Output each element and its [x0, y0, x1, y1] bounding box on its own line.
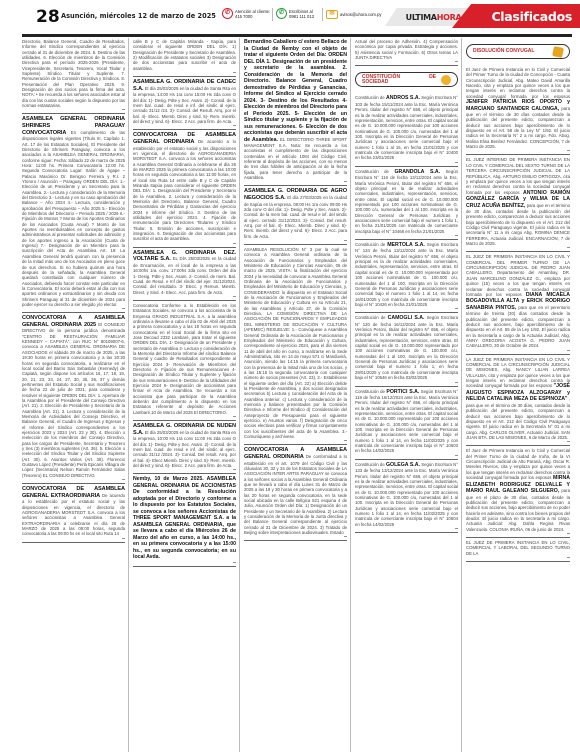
classified-ad: Asamblea G. Ordinaria De AGRO NEGOCIOS S…: [244, 187, 347, 245]
classified-ad: Convocatoria de Asamblea General Ordinar…: [133, 131, 236, 247]
ad-reference-code: ▬: [22, 537, 125, 540]
ad-reference-code: ▬: [133, 71, 236, 74]
ad-body: El día 27/03/2025 en la ciudad de Itapúa…: [244, 195, 347, 239]
classified-ad: EL JUEZ DE PRIMERA INSTANCIA EN LO CIVIL…: [466, 539, 570, 562]
ad-body: Actual del proceso de Adhesión. 4) Compe…: [355, 39, 458, 60]
ad-reference-code: ▬: [355, 527, 458, 530]
company-name: GOLEGA S.A.: [386, 462, 420, 468]
ad-body: El CONSEJO DIRECTIVO de la persona juríd…: [22, 322, 125, 478]
company-name: PORTICI S.A.: [386, 389, 419, 395]
classified-columns: Directorio, Balance General, Cuadro de R…: [22, 38, 574, 752]
classified-ad: Constitución de ANDROS S.A. Según Escrit…: [355, 94, 458, 166]
ad-body: De acuerdo a lo establecido por el estat…: [22, 493, 125, 537]
ad-reference-code: ▬: [133, 561, 236, 564]
classified-ad: calle B y C de Capitán Miranda - Itapúa,…: [133, 38, 236, 77]
classified-ad: Directorio, Balance General, Cuadro de R…: [22, 38, 125, 114]
classified-ad: Convocatoria de Asamblea General Extraor…: [22, 485, 125, 543]
classified-ad: Asamblea G. Ordinaria De CADEC S.A. El d…: [133, 78, 236, 130]
classified-ad: Constitución de GOLEGA S.A. Según Escrit…: [355, 461, 458, 533]
ad-body: El Juez de Primera Instancia en lo Civil…: [466, 67, 570, 99]
ad-body: Según Escritura N° 103 de fecha 15/11/20…: [355, 95, 458, 160]
column-2: calle B y C de Capitán Miranda - Itapúa,…: [133, 38, 240, 752]
spouse-names: JENIFER PATRICIA RIOS OPORTO y MARCIANO …: [466, 99, 570, 112]
ad-reference-code: ▬: [133, 295, 236, 298]
classified-ad: Convocatoria a Asamblea General Ordinari…: [244, 446, 347, 541]
ad-reference-code: ▬: [355, 60, 458, 63]
ad-body: ASAMBLEA RESOLUCIÓN N° 3 por la cual se …: [244, 247, 347, 439]
ad-body: EL DÍA 25/03/2025 en la ciudad de Encarn…: [133, 256, 236, 294]
classified-ad: Convocatoria a Asamblea General Ordinari…: [22, 314, 125, 484]
phone-icon: ✆: [222, 8, 233, 19]
ad-body: Según Escritura N° 120 de fecha 16/12/20…: [355, 315, 458, 380]
ad-reference-code: ▬: [355, 381, 458, 384]
ad-body: EL DIRECTORIO THREE SPORT MANAGEMENT S.A…: [244, 137, 347, 181]
classified-ad: Nemby, 10 de Marzo 2025. ASAMBLEA GENERA…: [133, 475, 236, 567]
ad-reference-code: ▬: [466, 349, 570, 352]
ad-body-tail: , para que en el término de 30 días, con…: [466, 396, 570, 440]
company-name: MERTOLA S.A.: [387, 242, 425, 248]
classified-ad: Asamblea G. Ordinaria De NUDEN S.A. El d…: [133, 422, 236, 474]
header-rule: [22, 34, 572, 37]
ad-body: Según Escritura N° 119 de fecha 16/12/20…: [355, 389, 458, 454]
classified-ad: Actual del proceso de Adhesión. 4) Compe…: [355, 38, 458, 66]
customer-service-contact[interactable]: ✆ Atención al cliente:415 7000: [222, 8, 270, 19]
ad-body-tail: para que en el término de 30 días contad…: [466, 106, 570, 150]
ad-body: Directorio, Balance General, Cuadro de R…: [22, 39, 125, 108]
ad-reference-code: ▬: [133, 242, 236, 245]
ad-reference-code: ▬: [355, 234, 458, 237]
handshake-icon: [440, 74, 452, 86]
ad-body-tail: para que en el plazo de 30 días, contado…: [466, 488, 570, 532]
classified-ad: EL JUEZ INTERINO DE PRIMERA INSTANCIA EN…: [466, 156, 570, 252]
ad-bold-text: Bernardino Caballero c/ estero Bellaco d…: [244, 39, 347, 143]
ad-reference-code: ▬: [355, 307, 458, 310]
ad-reference-code: ▬: [466, 532, 570, 535]
ad-body: El día 25/03/2025 en la ciudad de Santa …: [133, 430, 236, 468]
ad-body: calle B y C de Capitán Miranda - Itapúa,…: [133, 39, 236, 71]
classified-ad: Asamblea G. Ordinaria Dez. Voltare S.A. …: [133, 249, 236, 301]
company-name: ANDROS S.A.: [386, 95, 420, 101]
column-3: Bernardino Caballero c/ estero Bellaco d…: [244, 38, 351, 752]
ad-reference-code: ▬: [466, 556, 570, 559]
ad-reference-code: ▬: [133, 468, 236, 471]
ad-body: EL JUEZ DE PRIMERA INSTANCIA EN LO CIVIL…: [466, 254, 570, 296]
ad-body-tail: para que en el perentorio término de tre…: [466, 305, 570, 349]
classified-ad: El Juez de Primera Instancia en lo Civil…: [466, 66, 570, 155]
column-4: Actual del proceso de Adhesión. 4) Compe…: [355, 38, 462, 752]
ad-reference-code: ▬: [133, 415, 236, 418]
classified-ad: Bernardino Caballero c/ estero Bellaco d…: [244, 38, 347, 186]
ad-reference-code: ▬: [22, 307, 125, 310]
page-header: 28 Asunción, miércoles 12 de marzo de 20…: [0, 0, 580, 30]
ad-reference-code: ▬: [466, 149, 570, 152]
ad-reference-code: ▬: [22, 478, 125, 481]
mail-icon: ✉: [326, 10, 338, 19]
ad-body: Según Escritura N° 116 de fecha 13/12/20…: [355, 169, 458, 234]
ad-reference-code: ▬: [133, 124, 236, 127]
ad-reference-code: ▬: [244, 180, 347, 183]
classified-ad: ASAMBLEA RESOLUCIÓN N° 3 por la cual se …: [244, 246, 347, 445]
column-1: Directorio, Balance General, Cuadro de R…: [22, 38, 129, 752]
classified-ad: El Juez de Primera Instancia en lo Civil…: [466, 447, 570, 538]
ad-body: Según Escritura N° 134 de fecha 13/12/20…: [355, 242, 458, 307]
column-5: Disolución conyugalEl Juez de Primera In…: [466, 38, 573, 752]
ad-body: De acuerdo a lo establecido por el estat…: [133, 139, 236, 241]
ad-reference-code: ▬: [466, 440, 570, 443]
classified-ad: Constitución de CAMOGLI S.A. Según Escri…: [355, 314, 458, 386]
whatsapp-icon: ✆: [276, 8, 287, 19]
publication-date: Asunción, miércoles 12 de marzo de 2025: [61, 12, 216, 20]
classified-ad: LA JUEZ DE PRIMERA INSTANCIA EN LO CIVIL…: [466, 356, 570, 447]
whatsapp-contact[interactable]: ✆ Escribinos al0981 111 013: [276, 8, 314, 19]
ad-reference-code: ▬: [466, 246, 570, 249]
ad-reference-code: ▬: [355, 454, 458, 457]
classified-ad: Constitución de MERTOLA S.A. Según Escri…: [355, 241, 458, 313]
ad-reference-code: ▬: [244, 535, 347, 538]
divider: [272, 8, 273, 21]
classified-ad: Asamblea General Ordinaria Shriners Para…: [22, 115, 125, 313]
ad-body: El día 25/03/2025 en la ciudad de Santa …: [133, 86, 236, 124]
company-name: GRANDOLA S.A.: [394, 169, 440, 175]
classified-ad: Convocatoria Conforme a lo Establecido e…: [133, 302, 236, 421]
ad-body-tail: para que en el término de 30 días, conta…: [466, 203, 570, 247]
ad-body: Convocatoria Conforme a lo Establecido e…: [133, 303, 236, 415]
classified-ad: Constitución de GRANDOLA S.A. Según Escr…: [355, 168, 458, 240]
section-banner-clasificados: Clasificados: [452, 4, 580, 28]
ad-bold-text: Nemby, 10 de Marzo 2025. ASAMBLEA GENERA…: [133, 476, 236, 560]
section-header-constitucion: Constitución de sociedad: [355, 72, 458, 87]
classified-ad: Constitución de PORTICI S.A. Según Escri…: [355, 388, 458, 460]
ad-reference-code: ▬: [355, 161, 458, 164]
ad-body: EL JUEZ DE PRIMERA INSTANCIA EN LO CIVIL…: [466, 540, 570, 556]
ad-body: En cumplimiento de las disposiciones leg…: [22, 130, 125, 307]
ad-reference-code: ▬: [22, 108, 125, 111]
classified-ad: EL JUEZ DE PRIMERA INSTANCIA EN LO CIVIL…: [466, 253, 570, 354]
ad-reference-code: ▬: [244, 439, 347, 442]
broken-ring-icon: [552, 46, 564, 58]
ad-reference-code: ▬: [244, 239, 347, 242]
section-header-disolucion: Disolución conyugal: [466, 44, 570, 59]
email-contact[interactable]: ✉ avisos@uhora.com.py: [326, 10, 382, 19]
ad-body: De conformidad a lo establecido en el ar…: [244, 454, 347, 535]
page-number: 28: [36, 7, 60, 27]
company-name: CAMOGLI S.A.: [388, 315, 425, 321]
ad-body: Según Escritura N° 133 de fecha 13/12/20…: [355, 462, 458, 527]
divider: [322, 8, 323, 21]
